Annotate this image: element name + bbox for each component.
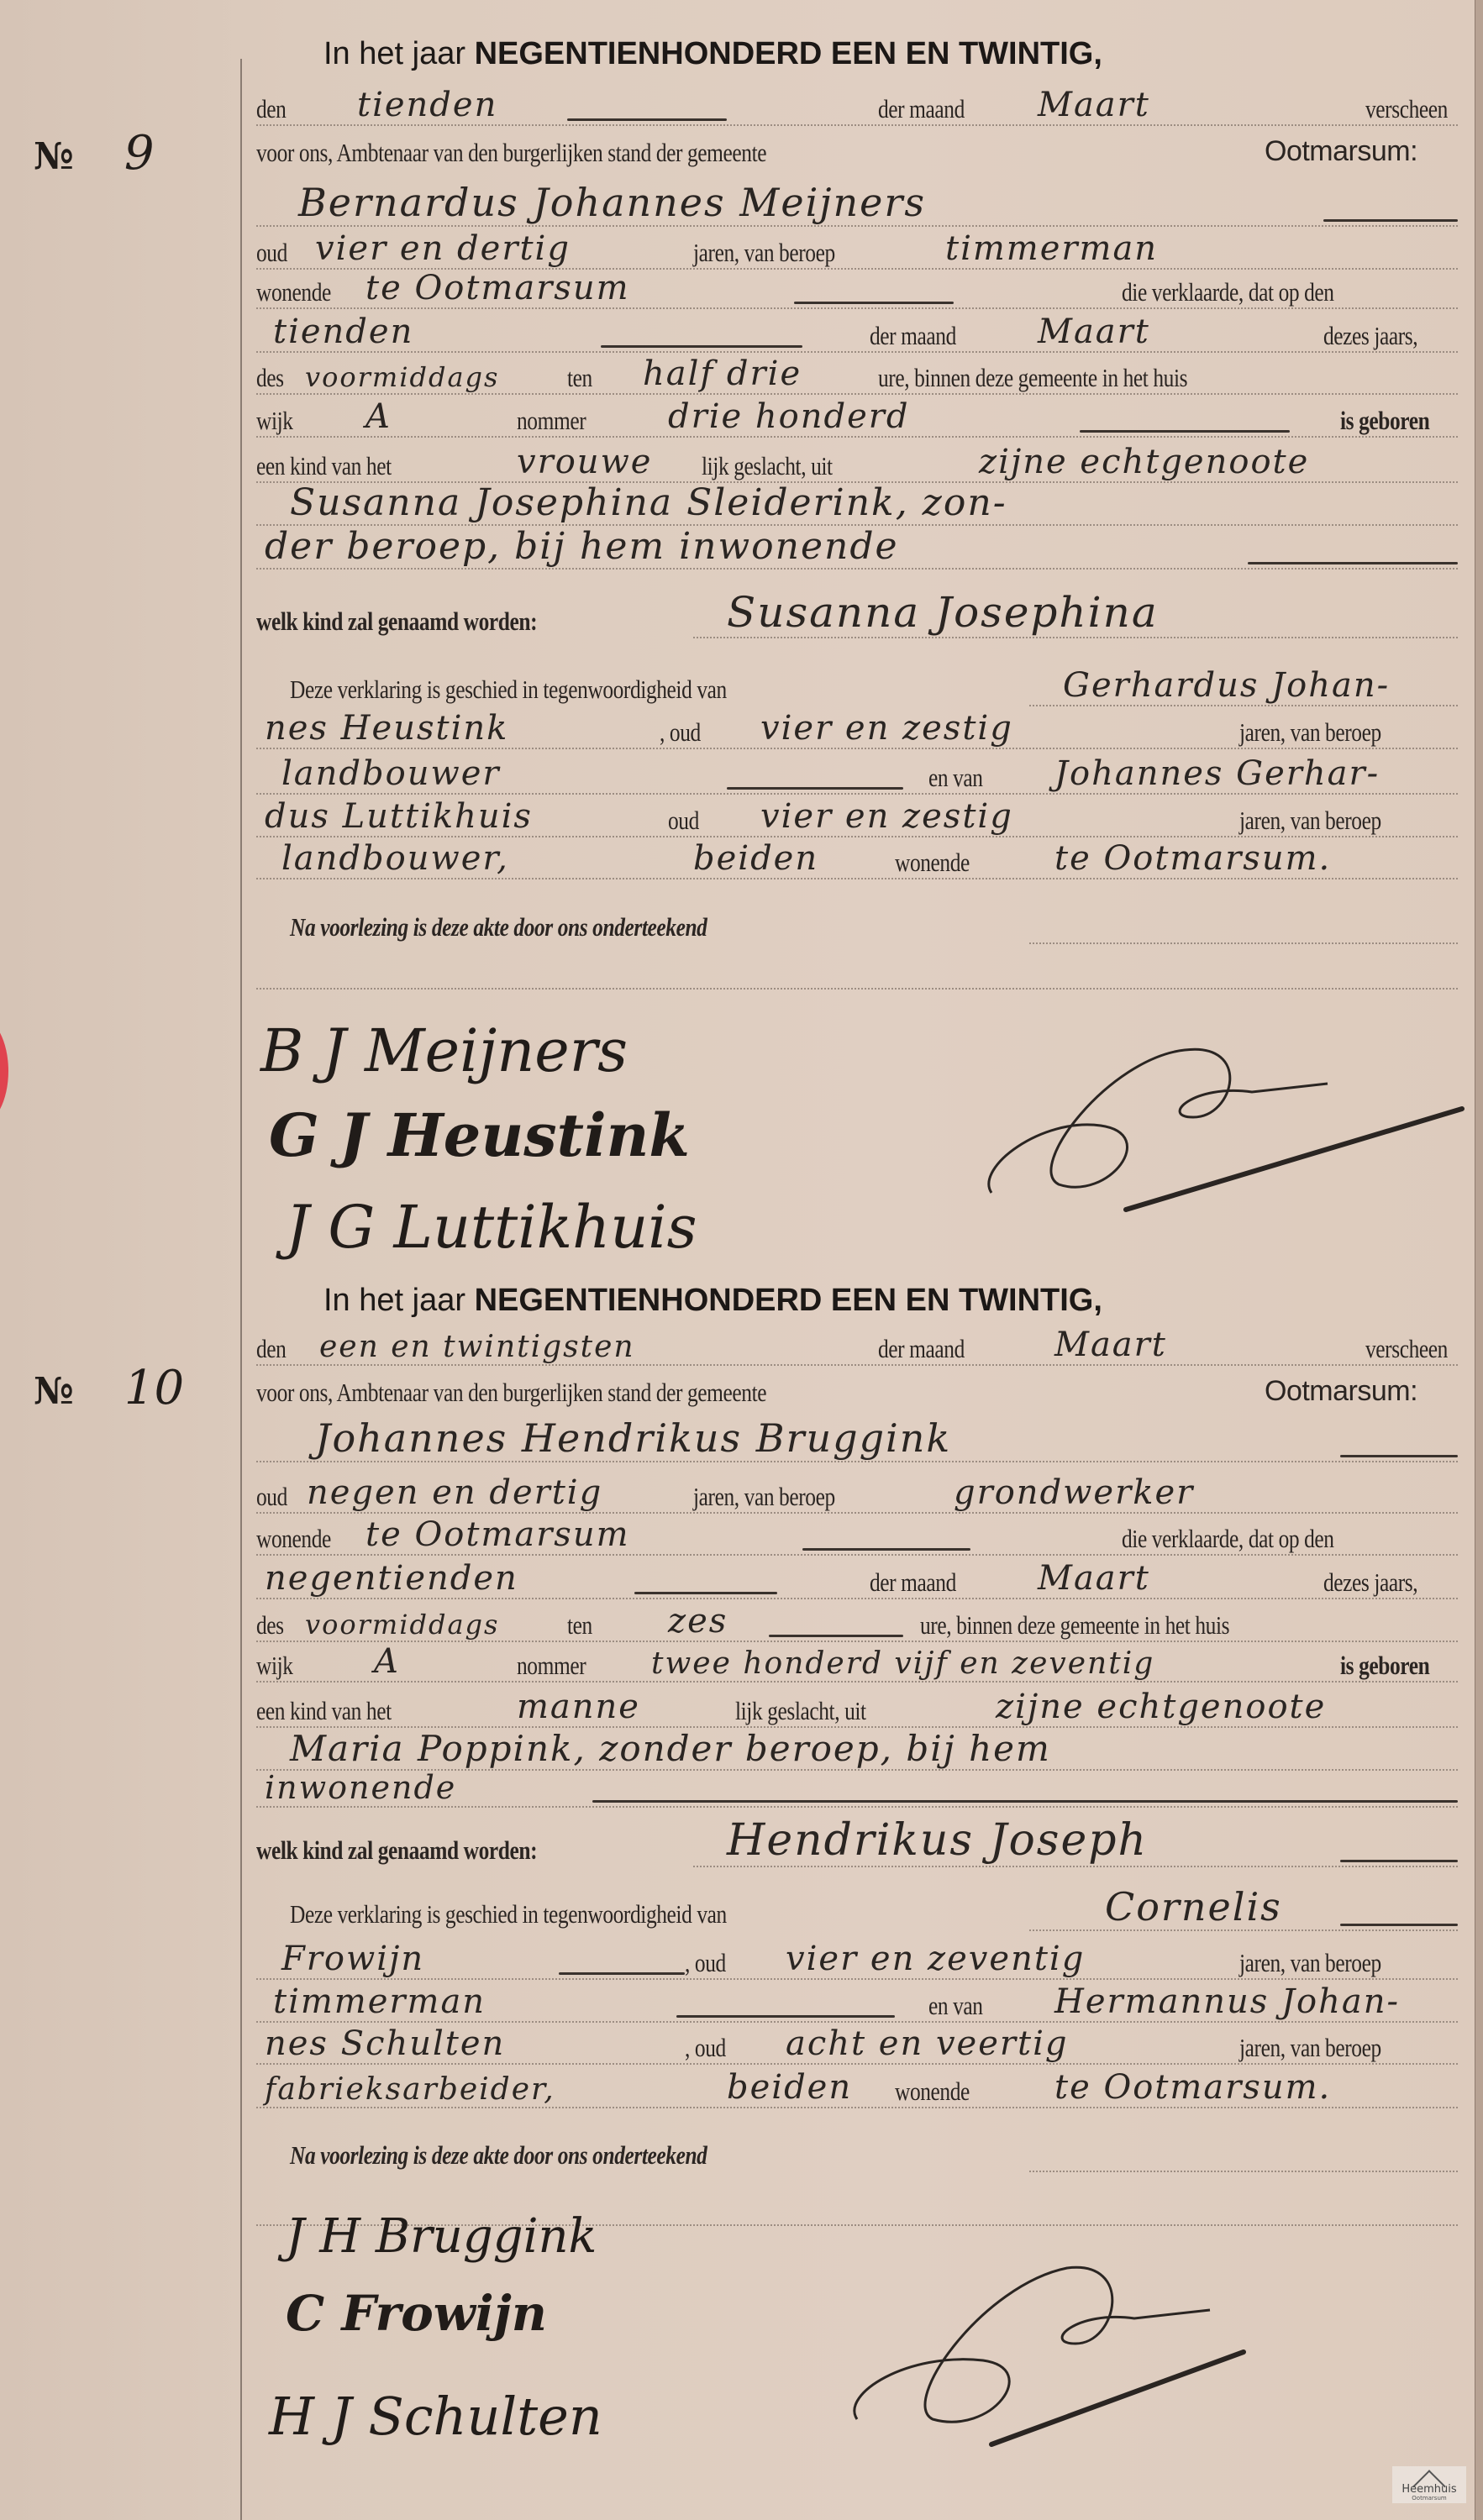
official-signature (975, 1025, 1479, 1226)
date-line: den een en twintigsten der maand Maart v… (256, 1334, 1458, 1373)
birth-day: negentienden (265, 1559, 518, 1598)
en-van-label: en van (928, 1991, 983, 2021)
nommer-label: nommer (517, 1651, 586, 1681)
mother-intro: zijne echtgenoote (979, 443, 1309, 481)
municipality: Ootmarsum: (1265, 135, 1417, 168)
declarant-line: Johannes Hendrikus Bruggink (256, 1431, 1458, 1469)
registration-day: een en twintigsten (319, 1330, 635, 1364)
child-sex: manne (517, 1688, 640, 1726)
mother-name: Susanna Josephina Sleiderink, zon- (290, 481, 1007, 524)
deze-label: Deze verklaring is geschied in tegenwoor… (290, 1899, 727, 1929)
signature-witness2: J G Luttikhuis (286, 1193, 697, 1262)
beroep-label: jaren, van beroep (1239, 806, 1381, 836)
witness2-name-part2: nes Schulten (265, 2024, 505, 2063)
wonende-label: wonende (895, 848, 970, 878)
geboren-label: is geboren (1340, 1651, 1429, 1681)
ure-label: ure, binnen deze gemeente in het huis (878, 363, 1187, 393)
official-line: voor ons, Ambtenaar van den burgerlijken… (256, 1378, 1458, 1416)
witness1-age: vier en zestig (760, 709, 1013, 748)
house-number: drie honderd (668, 397, 910, 436)
residence-line: wonende te Ootmarsum die verklaarde, dat… (256, 1524, 1458, 1562)
witnesses-residence: te Ootmarsum. (1054, 839, 1331, 878)
beroep-label: jaren, van beroep (1239, 2033, 1381, 2063)
fill-dash (1340, 1924, 1458, 1926)
maand-label: der maand (870, 1567, 956, 1598)
witness2-name-part1: Hermannus Johan- (1054, 1982, 1400, 2021)
witness2-line: nes Schulten , oud acht en veertig jaren… (256, 2033, 1458, 2071)
witness1-occupation: timmerman (273, 1982, 486, 2021)
maand-label: der maand (878, 94, 965, 124)
den-label: den (256, 1334, 286, 1364)
witness2-name-part2: dus Luttikhuis (265, 797, 533, 836)
signature-witness1: G J Heustink (269, 1100, 690, 1170)
maand-label: der maand (870, 321, 956, 351)
ure-label: ure, binnen deze gemeente in het huis (920, 1610, 1229, 1641)
geslacht-label: lijk geslacht, uit (735, 1696, 866, 1726)
child-name-line: welk kind zal genaamd worden: Susanna Jo… (256, 606, 1458, 645)
declarant-age: negen en dertig (307, 1473, 602, 1512)
wonende-label: wonende (256, 277, 331, 307)
fill-dash (1323, 219, 1458, 222)
registration-month: Maart (1038, 86, 1150, 124)
birth-month: Maart (1038, 312, 1150, 351)
geslacht-label: lijk geslacht, uit (702, 451, 833, 481)
declarant-age: vier en dertig (315, 229, 571, 268)
registration-day: tienden (357, 86, 497, 124)
year-prefix: In het jaar (323, 36, 465, 71)
signature-declarant: B J Meijners (260, 1016, 628, 1085)
witness2-age: acht en veertig (786, 2024, 1068, 2063)
margin-rule (240, 59, 242, 2520)
year-line: In het jaar NEGENTIENHONDERD EEN EN TWIN… (256, 42, 1458, 81)
fill-dash (567, 118, 727, 121)
number-sign: № (34, 135, 74, 178)
wonende-label: wonende (256, 1524, 331, 1554)
witnesses-residence: te Ootmarsum. (1054, 2068, 1331, 2107)
child-name: Hendrikus Joseph (727, 1815, 1148, 1866)
fill-dash (601, 345, 802, 348)
signature-witness1: C Frowijn (286, 2285, 547, 2342)
verscheen-label: verscheen (1365, 1334, 1448, 1364)
verklaarde-label: die verklaarde, dat op den (1122, 277, 1334, 307)
beroep-label: jaren, van beroep (1239, 717, 1381, 748)
house-line: wijk A nommer twee honderd vijf en zeven… (256, 1651, 1458, 1689)
record-number: №10 (34, 1361, 184, 1415)
child-name-line: welk kind zal genaamd worden: Hendrikus … (256, 1835, 1458, 1874)
house-line: wijk A nommer drie honderd is geboren (256, 406, 1458, 444)
witness2-age: vier en zestig (760, 797, 1013, 836)
birth-hour: zes (668, 1602, 728, 1641)
fill-dash (1340, 1455, 1458, 1457)
watermark-name: Heemhuis (1392, 2483, 1466, 2496)
beroep-label: jaren, van beroep (693, 238, 835, 268)
birth-day: tienden (273, 312, 413, 351)
witness2-occupation: landbouwer, (281, 839, 509, 878)
fill-dash (559, 1972, 685, 1975)
fill-dash (769, 1635, 903, 1637)
mother-name: Maria Poppink, zonder beroep, bij hem (290, 1728, 1051, 1769)
birth-hour: half drie (643, 354, 802, 393)
mother-details: inwonende (265, 1769, 456, 1806)
kind-label: een kind van het (256, 451, 392, 481)
wijk-label: wijk (256, 1651, 293, 1681)
witness1-name-part1: Gerhardus Johan- (1063, 666, 1390, 705)
fill-dash (676, 2015, 895, 2018)
heemhuis-watermark: Heemhuis Ootmarsum (1392, 2466, 1466, 2503)
declarant-residence: te Ootmarsum (365, 1515, 630, 1554)
witness1-name-part2: nes Heustink (265, 709, 508, 748)
beiden: beiden (693, 839, 818, 878)
year-text: NEGENTIENHONDERD EEN EN TWINTIG, (475, 1283, 1102, 1318)
declarant-residence: te Ootmarsum (365, 269, 630, 307)
official-text: voor ons, Ambtenaar van den burgerlijken… (256, 138, 766, 168)
dezes-label: dezes jaars, (1323, 321, 1417, 351)
beroep-label: jaren, van beroep (1239, 1948, 1381, 1978)
fill-dash (802, 1548, 970, 1551)
beiden: beiden (727, 2068, 852, 2107)
mother-line-2: der beroep, bij hem inwonende (256, 538, 1458, 576)
fill-dash (727, 787, 903, 790)
mother-intro: zijne echtgenoote (996, 1688, 1326, 1726)
declarant-occupation: timmerman (945, 229, 1158, 268)
mother-details: der beroep, bij hem inwonende (265, 525, 899, 568)
witness2-occupation: fabrieksarbeider, (265, 2072, 555, 2107)
declarant-line: Bernardus Johannes Meijners (256, 195, 1458, 234)
record-number: №9 (34, 126, 154, 181)
genaamd-label: welk kind zal genaamd worden: (256, 1835, 537, 1866)
witness2-name-part1: Johannes Gerhar- (1054, 754, 1380, 793)
witness1-line: nes Heustink , oud vier en zestig jaren,… (256, 717, 1458, 756)
witness1-name-part1: Cornelis (1105, 1884, 1282, 1929)
number-sign: № (34, 1370, 74, 1413)
year-prefix: In het jaar (323, 1283, 465, 1318)
birth-date-line: tienden der maand Maart dezes jaars, (256, 321, 1458, 360)
genaamd-label: welk kind zal genaamd worden: (256, 606, 537, 637)
wijk-value: A (365, 397, 392, 436)
witness1-name-part2: Frowijn (281, 1940, 424, 1978)
fill-dash (634, 1592, 777, 1594)
year-line: In het jaar NEGENTIENHONDERD EEN EN TWIN… (256, 1289, 1458, 1327)
mother-line-2: inwonende (256, 1776, 1458, 1814)
declarant-name: Johannes Hendrikus Bruggink (315, 1415, 951, 1461)
time-of-day: voormiddags (305, 1609, 499, 1641)
child-sex: vrouwe (517, 443, 652, 481)
den-label: den (256, 94, 286, 124)
beroep-label: jaren, van beroep (693, 1482, 835, 1512)
fill-dash (1248, 562, 1458, 564)
oud-label: oud (256, 1482, 287, 1512)
des-label: des (256, 363, 284, 393)
maand-label: der maand (878, 1334, 965, 1364)
oud-label: oud (668, 806, 699, 836)
signature-declarant: J H Bruggink (286, 2209, 597, 2264)
page-edge (1475, 0, 1483, 2520)
closing-text: Na voorlezing is deze akte door ons onde… (290, 912, 707, 942)
house-number: twee honderd vijf en zeventig (651, 1646, 1154, 1681)
witness2-occupation-line: landbouwer, beiden wonende te Ootmarsum. (256, 848, 1458, 886)
witness2-occupation-line: fabrieksarbeider, beiden wonende te Ootm… (256, 2076, 1458, 2115)
watermark-place: Ootmarsum (1392, 2495, 1466, 2502)
wijk-label: wijk (256, 406, 293, 436)
dezes-label: dezes jaars, (1323, 1567, 1417, 1598)
ten-label: ten (567, 1610, 592, 1641)
ten-label: ten (567, 363, 592, 393)
witness1-occupation-line: landbouwer en van Johannes Gerhar- (256, 763, 1458, 801)
signature-witness2: H J Schulten (269, 2386, 602, 2447)
nommer-label: nommer (517, 406, 586, 436)
child-name: Susanna Josephina (727, 588, 1159, 637)
closing-text: Na voorlezing is deze akte door ons onde… (290, 2140, 707, 2171)
closing-line: Na voorlezing is deze akte door ons onde… (256, 2140, 1458, 2179)
record-number-value: 9 (124, 126, 155, 181)
witness-intro-line: Deze verklaring is geschied in tegenwoor… (256, 675, 1458, 713)
fill-dash (592, 1800, 1458, 1803)
wijk-value: A (374, 1642, 400, 1681)
deze-label: Deze verklaring is geschied in tegenwoor… (290, 675, 727, 705)
birth-time-line: des voormiddags ten zes ure, binnen deze… (256, 1610, 1458, 1649)
kind-label: een kind van het (256, 1696, 392, 1726)
official-line: voor ons, Ambtenaar van den burgerlijken… (256, 138, 1458, 176)
closing-line: Na voorlezing is deze akte door ons onde… (256, 912, 1458, 951)
wonende-label: wonende (895, 2076, 970, 2107)
oud-label: , oud (685, 2033, 726, 2063)
geboren-label: is geboren (1340, 406, 1429, 436)
date-line: den tienden der maand Maart verscheen (256, 94, 1458, 133)
official-text: voor ons, Ambtenaar van den burgerlijken… (256, 1378, 766, 1408)
residence-line: wonende te Ootmarsum die verklaarde, dat… (256, 277, 1458, 316)
official-signature (840, 2251, 1361, 2470)
fill-dash (1080, 430, 1290, 433)
signature-rule (256, 958, 1458, 996)
record-number-value: 10 (124, 1361, 184, 1415)
oud-label: , oud (685, 1948, 726, 1978)
municipality: Ootmarsum: (1265, 1375, 1417, 1408)
witness1-age: vier en zeventig (786, 1940, 1085, 1978)
fill-dash (794, 302, 954, 304)
witness1-occupation: landbouwer (281, 754, 501, 793)
declarant-occupation: grondwerker (954, 1473, 1194, 1512)
verscheen-label: verscheen (1365, 94, 1448, 124)
witness-intro-line: Deze verklaring is geschied in tegenwoor… (256, 1899, 1458, 1938)
verklaarde-label: die verklaarde, dat op den (1122, 1524, 1334, 1554)
en-van-label: en van (928, 763, 983, 793)
birth-month: Maart (1038, 1559, 1150, 1598)
oud-label: , oud (660, 717, 701, 748)
year-text: NEGENTIENHONDERD EEN EN TWINTIG, (475, 36, 1102, 71)
des-label: des (256, 1610, 284, 1641)
birth-time-line: des voormiddags ten half drie ure, binne… (256, 363, 1458, 402)
fill-dash (1340, 1860, 1458, 1862)
oud-label: oud (256, 238, 287, 268)
witness1-line: Frowijn , oud vier en zeventig jaren, va… (256, 1948, 1458, 1987)
time-of-day: voormiddags (305, 361, 499, 393)
birth-date-line: negentienden der maand Maart dezes jaars… (256, 1567, 1458, 1606)
declarant-name: Bernardus Johannes Meijners (298, 180, 926, 225)
registration-month: Maart (1054, 1326, 1167, 1364)
